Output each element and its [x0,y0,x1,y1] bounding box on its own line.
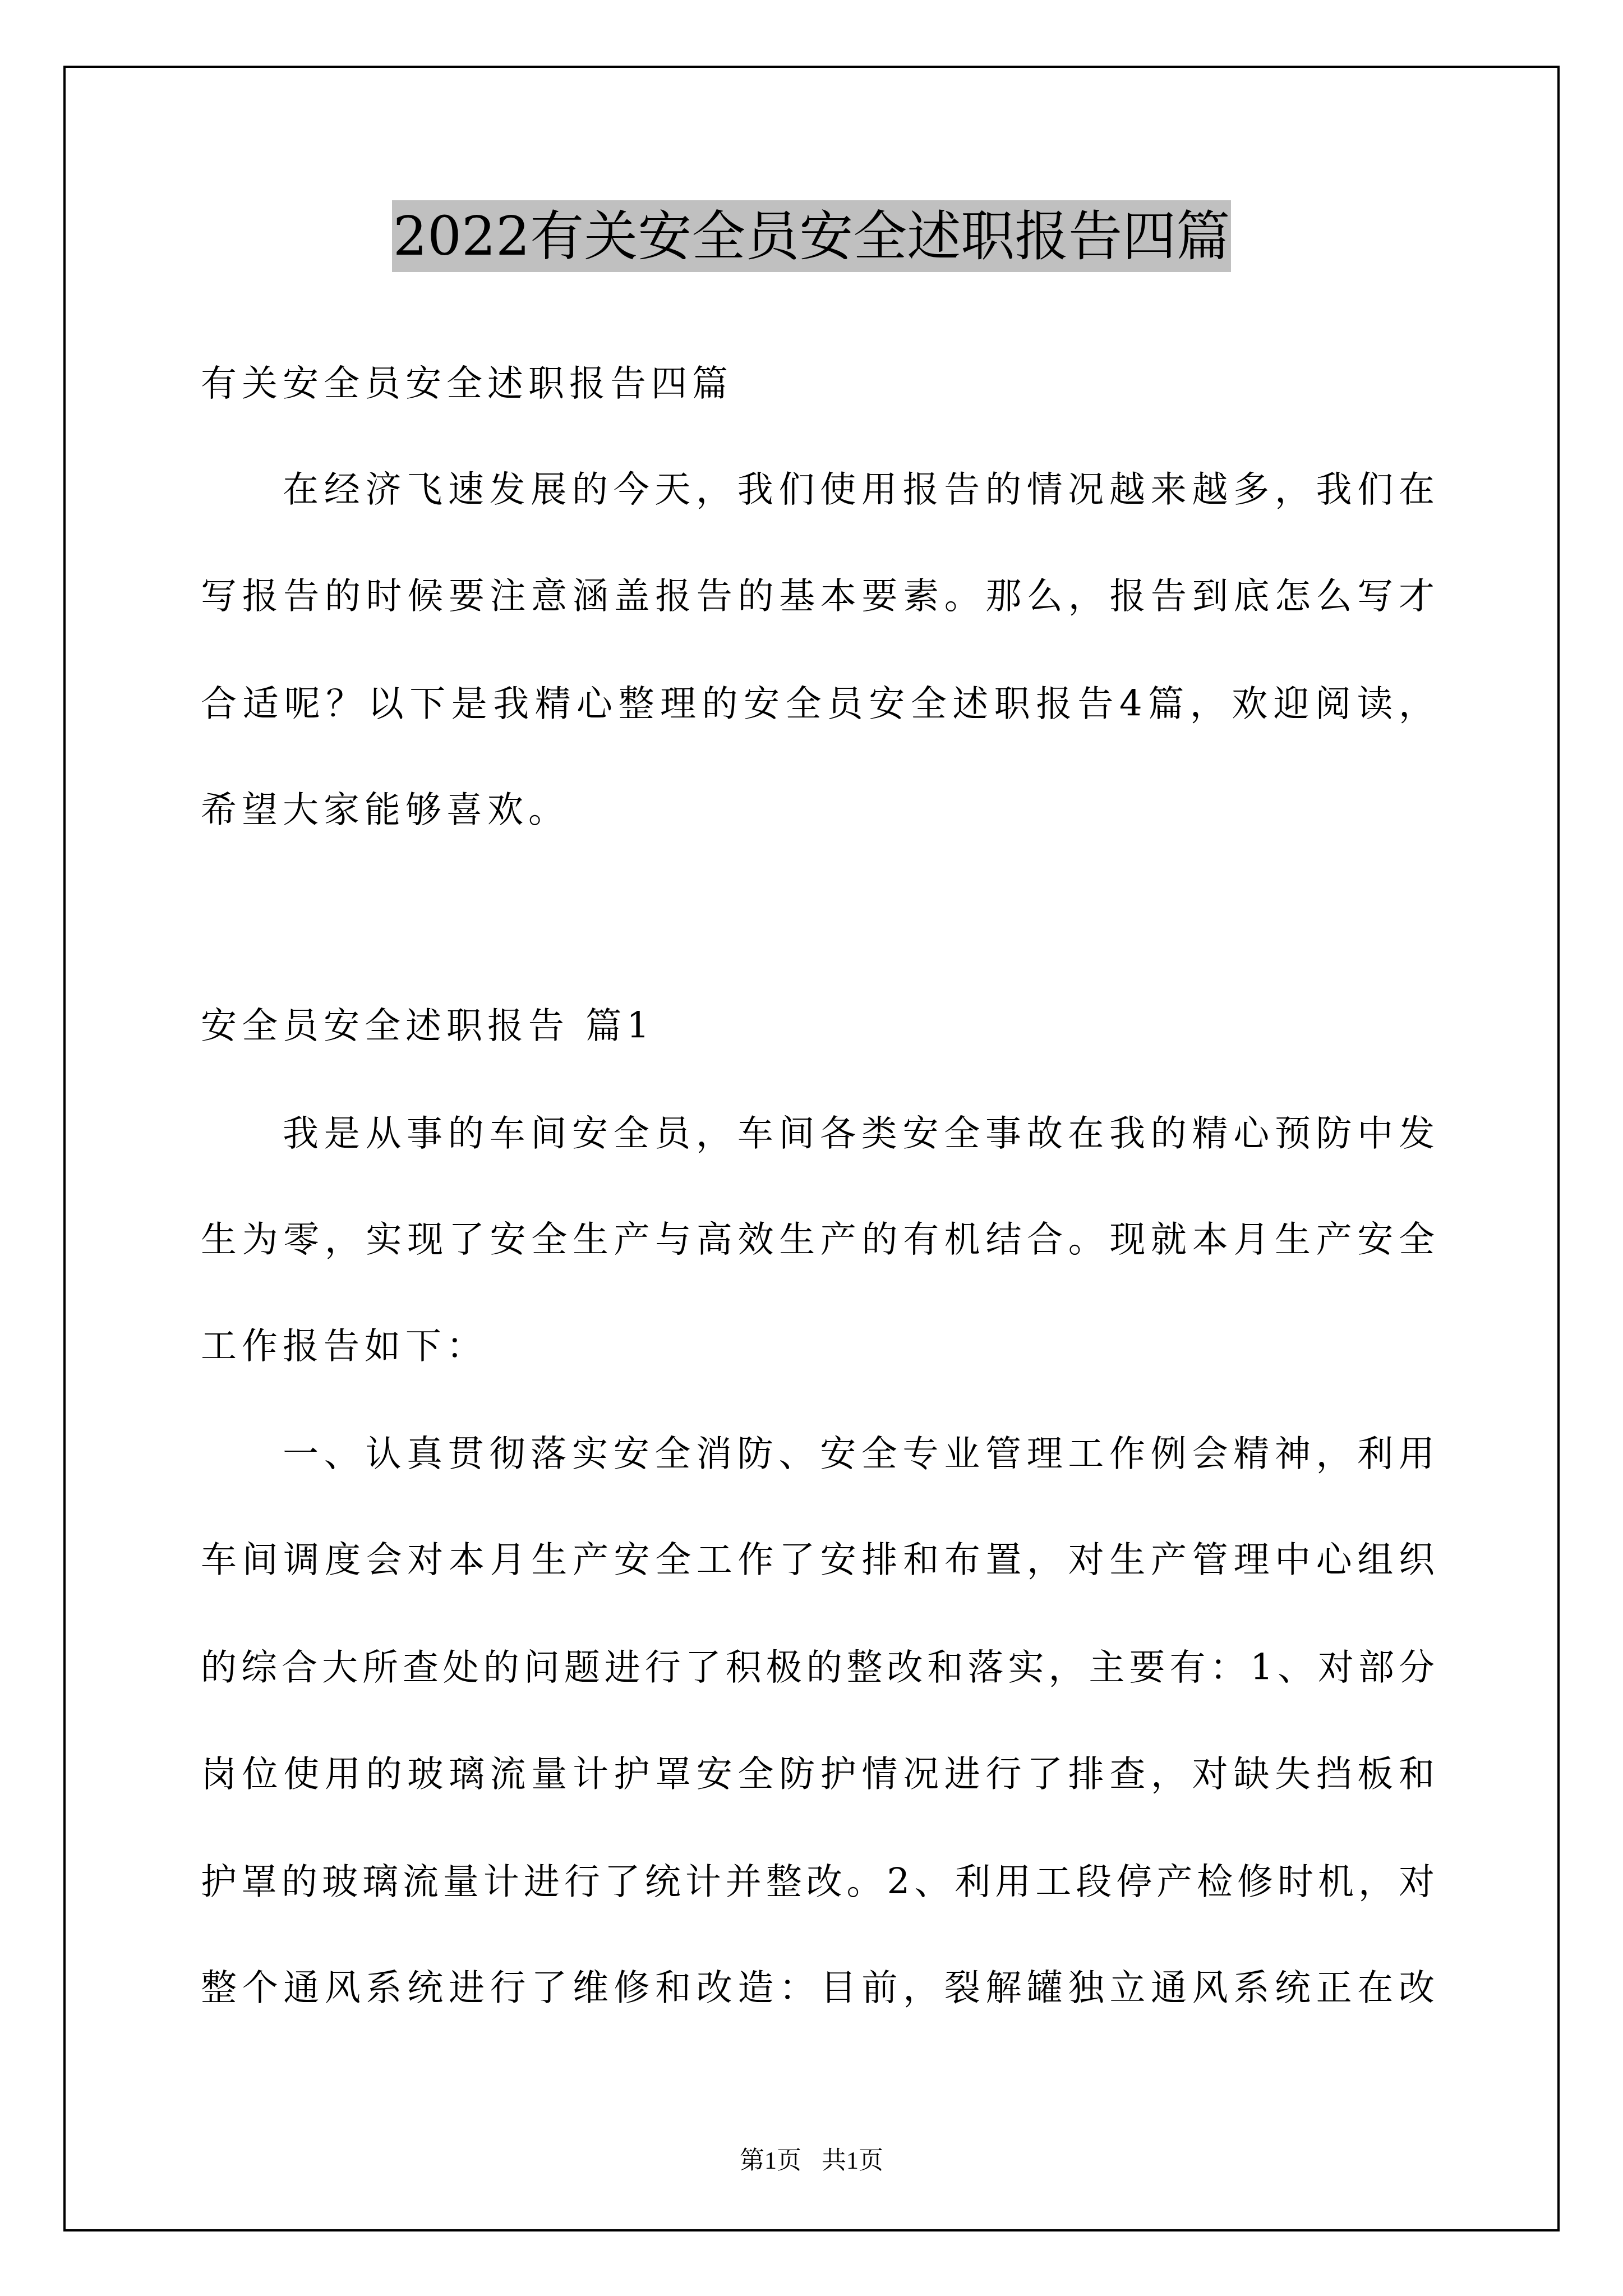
body-line: 车间调度会对本月生产安全工作了安排和布置，对生产管理中心组织 [201,1538,1435,1582]
document-title: 2022有关安全员安全述职报告四篇 [392,200,1231,272]
body-line: 一、认真贯彻落实安全消防、安全专业管理工作例会精神，利用 [201,1432,1435,1476]
page-number-total: 共1页 [822,2147,883,2174]
body-line: 工作报告如下： [201,1324,1435,1369]
body-line: 生为零，实现了安全生产与高效生产的有机结合。现就本月生产安全 [201,1217,1435,1262]
body-line: 岗位使用的玻璃流量计护罩安全防护情况进行了排查，对缺失挡板和 [201,1752,1435,1797]
body-line: 护罩的玻璃流量计进行了统计并整改。2、利用工段停产检修时机，对 [201,1860,1435,1904]
intro-line: 在经济飞速发展的今天，我们使用报告的情况越来越多，我们在 [201,467,1435,512]
intro-line: 合适呢？以下是我精心整理的安全员安全述职报告4篇，欢迎阅读， [201,682,1435,726]
body-line: 的综合大所查处的问题进行了积极的整改和落实，主要有：1、对部分 [201,1645,1435,1690]
body-line: 整个通风系统进行了维修和改造：目前，裂解罐独立通风系统正在改 [201,1966,1435,2010]
intro-line: 希望大家能够喜欢。 [201,788,1435,832]
page-footer: 第1页共1页 [0,2146,1623,2175]
body-line: 我是从事的车间安全员，车间各类安全事故在我的精心预防中发 [201,1111,1435,1156]
page-number-current: 第1页 [740,2147,801,2174]
title-container: 2022有关安全员安全述职报告四篇 [0,200,1623,272]
document-subtitle: 有关安全员安全述职报告四篇 [201,361,1435,406]
intro-line: 写报告的时候要注意涵盖报告的基本要素。那么，报告到底怎么写才 [201,574,1435,619]
section-heading: 安全员安全述职报告 篇1 [201,1004,1435,1048]
